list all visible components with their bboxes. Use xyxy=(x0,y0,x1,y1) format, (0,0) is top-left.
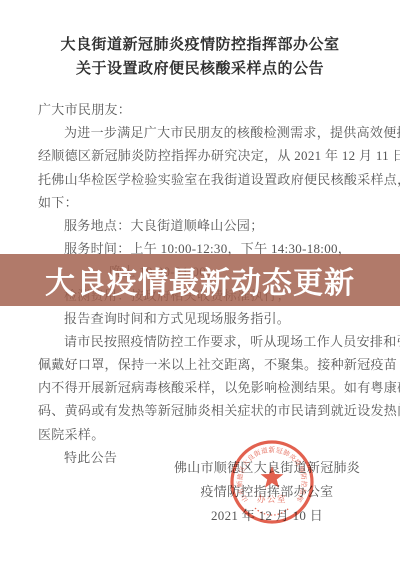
seal-star-icon xyxy=(261,466,284,488)
notice-page: 大良街道新冠肺炎疫情防控指挥部办公室 关于设置政府便民核酸采样点的公告 广大市民… xyxy=(0,0,400,566)
doc-line: 请市民按照疫情防控工作要求，听从现场工作人员安排和引导， xyxy=(38,330,370,353)
notice-title: 大良街道新冠肺炎疫情防控指挥部办公室 关于设置政府便民核酸采样点的公告 xyxy=(0,33,400,81)
doc-line-service-location: 服务地点：大良街道顺峰山公园； xyxy=(38,214,370,237)
seal-center-label: 办公室 xyxy=(257,494,287,504)
doc-line: 如下： xyxy=(38,191,370,214)
doc-line: 为进一步满足广大市民朋友的核酸检测需求，提供高效便捷服务， xyxy=(38,121,370,144)
doc-line: 报告查询时间和方式见现场服务指引。 xyxy=(38,307,370,330)
news-overlay-banner: 大良疫情最新动态更新 xyxy=(0,254,400,306)
doc-line: 托佛山华检医学检验实验室在我街道设置政府便民核酸采样点，详情 xyxy=(38,168,370,191)
doc-line-salutation: 广大市民朋友： xyxy=(38,98,370,121)
official-seal: 佛山市顺德区大良街道新冠肺炎疫情防控指挥部 办公室 xyxy=(222,432,322,532)
news-overlay-title: 大良疫情最新动态更新 xyxy=(45,258,355,302)
doc-line: 佩戴好口罩，保持一米以上社交距离，不聚集。接种新冠疫苗 48 小时 xyxy=(38,353,370,376)
doc-line: 经顺德区新冠肺炎防控指挥办研究决定，从 2021 年 12 月 11 日起，委 xyxy=(38,144,370,167)
doc-line: 内不得开展新冠病毒核酸采样，以免影响检测结果。如有粤康码为红 xyxy=(38,376,370,399)
doc-line: 码、黄码或有发热等新冠肺炎相关症状的市民请到就近设发热门诊的 xyxy=(38,399,370,422)
notice-title-line1: 大良街道新冠肺炎疫情防控指挥部办公室 xyxy=(0,33,400,57)
seal-bottom-arc xyxy=(255,508,289,515)
notice-title-line2: 关于设置政府便民核酸采样点的公告 xyxy=(0,57,400,81)
